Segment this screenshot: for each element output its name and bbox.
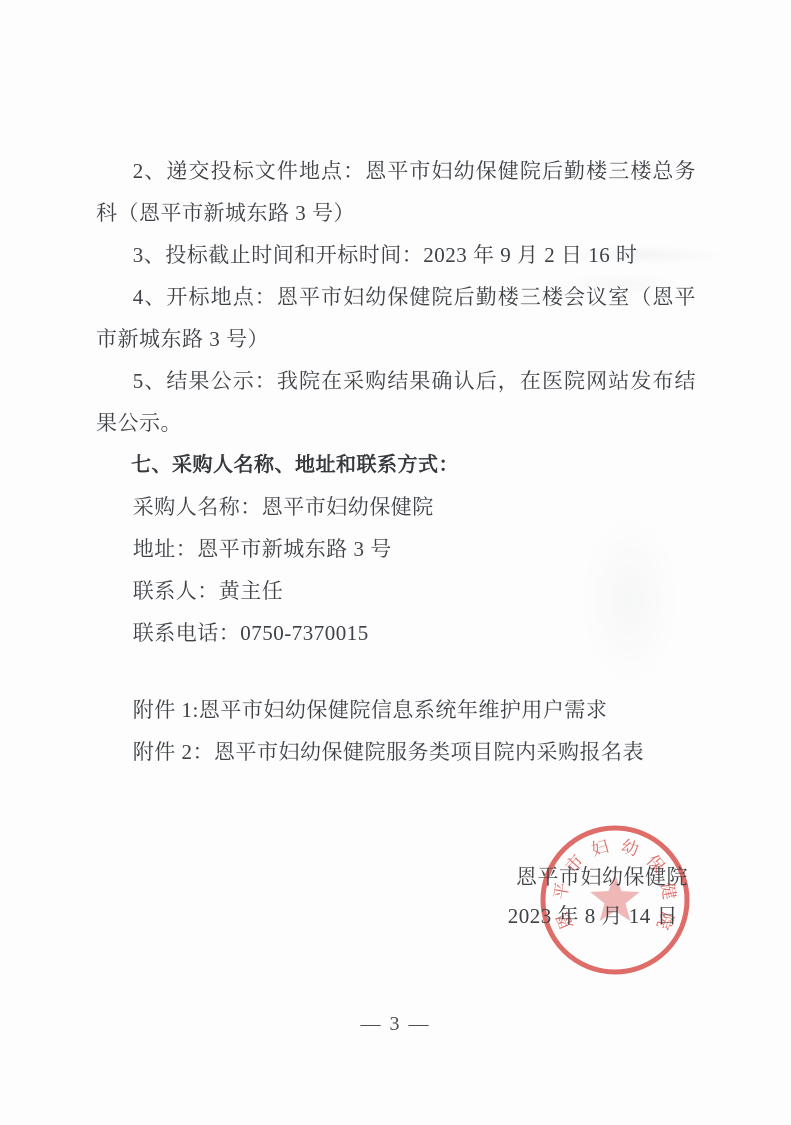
attachment-line-1: 附件 1:恩平市妇幼保健院信息系统年维护用户需求 (96, 689, 696, 731)
paragraph-bid-deadline: 3、投标截止时间和开标时间：2023 年 9 月 2 日 16 时 (96, 234, 696, 276)
signature-block: 恩平市妇幼保健院 2023 年 8 月 14 日 (508, 858, 688, 936)
paragraph-bid-submission-location: 2、递交投标文件地点：恩平市妇幼保健院后勤楼三楼总务科（恩平市新城东路 3 号） (96, 150, 696, 234)
attachments-block: 附件 1:恩平市妇幼保健院信息系统年维护用户需求 附件 2：恩平市妇幼保健院服务… (96, 689, 696, 773)
document-body: 2、递交投标文件地点：恩平市妇幼保健院后勤楼三楼总务科（恩平市新城东路 3 号）… (96, 150, 696, 773)
signature-date: 2023 年 8 月 14 日 (508, 897, 688, 936)
document-page: 2、递交投标文件地点：恩平市妇幼保健院后勤楼三楼总务科（恩平市新城东路 3 号）… (0, 0, 791, 1125)
stamp-arc-char: 妇 (589, 837, 611, 860)
page-number: — 3 — (0, 1013, 791, 1036)
contact-line-phone: 联系电话：0750-7370015 (96, 612, 696, 654)
paragraph-bid-opening-location: 4、开标地点：恩平市妇幼保健院后勤楼三楼会议室（恩平市新城东路 3 号） (96, 276, 696, 360)
paragraph-result-announcement: 5、结果公示：我院在采购结果确认后，在医院网站发布结果公示。 (96, 360, 696, 444)
contact-line-purchaser-name: 采购人名称：恩平市妇幼保健院 (96, 486, 696, 528)
contact-line-contact-person: 联系人：黄主任 (96, 570, 696, 612)
signature-org-name: 恩平市妇幼保健院 (508, 858, 688, 897)
section-heading-purchaser-info: 七、采购人名称、地址和联系方式： (96, 444, 696, 486)
attachment-line-2: 附件 2：恩平市妇幼保健院服务类项目院内采购报名表 (96, 731, 696, 773)
contact-line-address: 地址：恩平市新城东路 3 号 (96, 528, 696, 570)
stamp-arc-char: 幼 (619, 837, 641, 860)
